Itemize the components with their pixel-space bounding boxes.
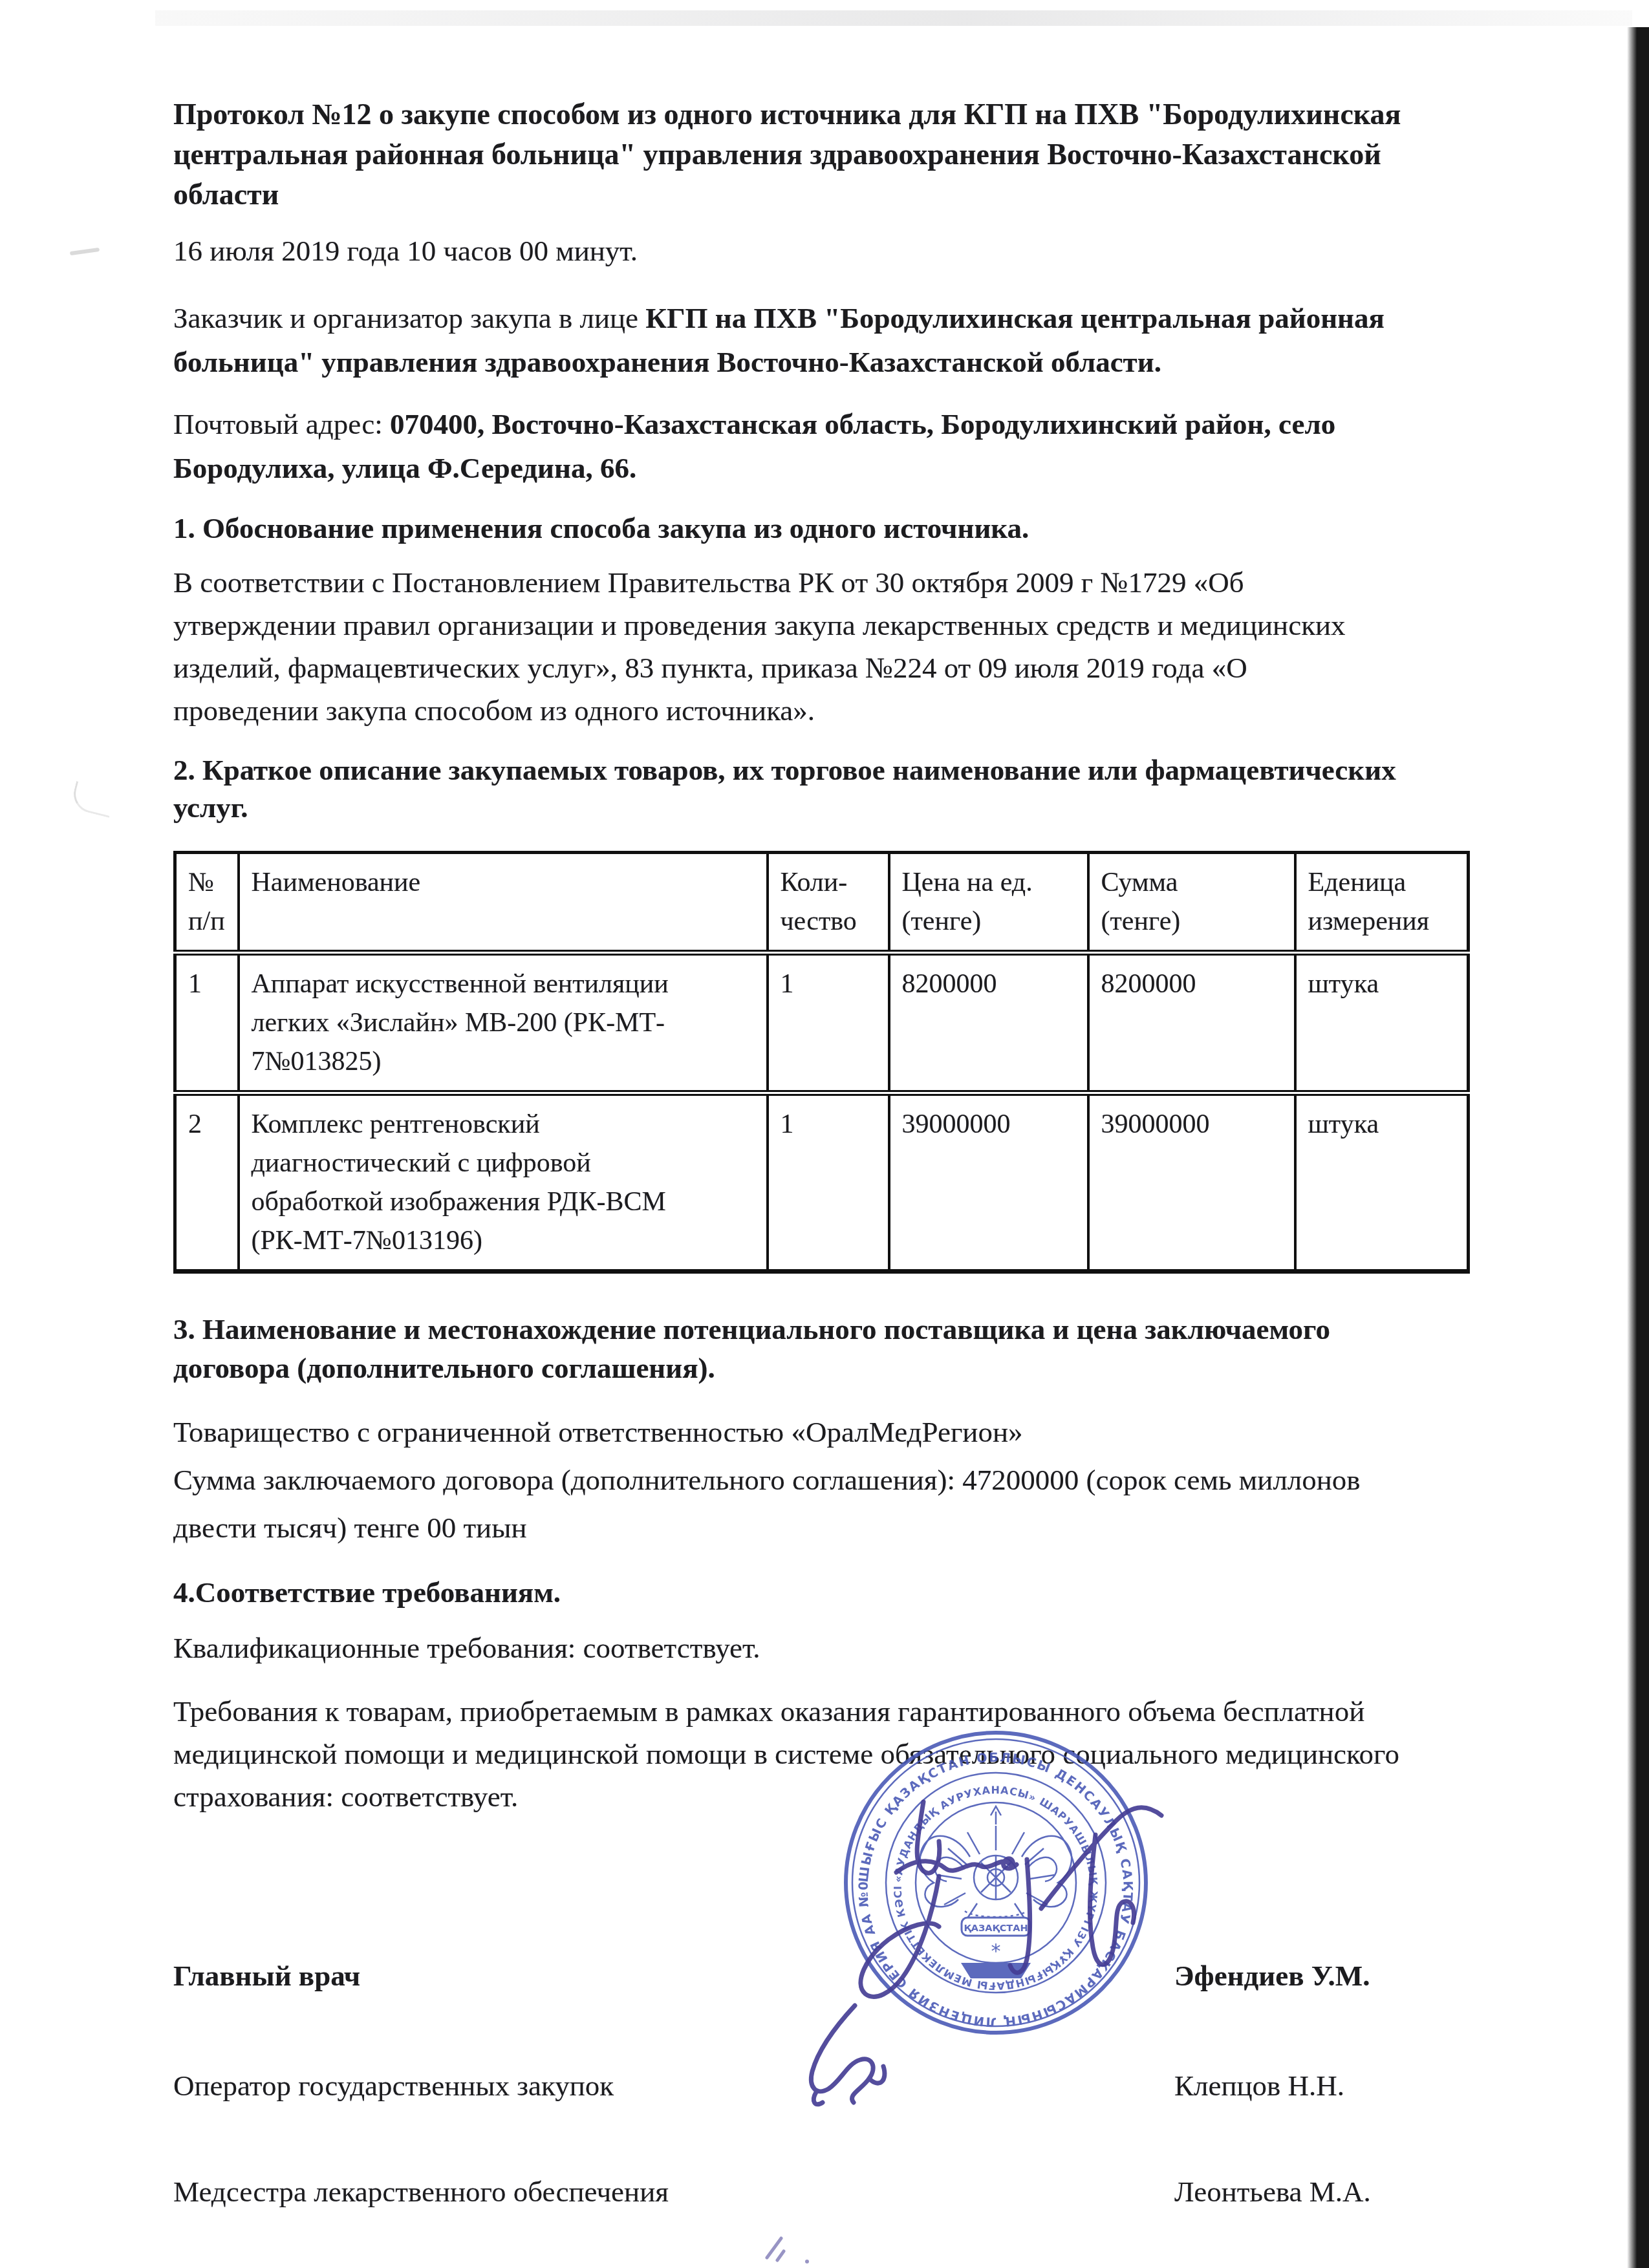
signature-row-procurement-operator: Оператор государственных закупок Клепцов… bbox=[173, 2069, 1500, 2106]
section-4-heading: 4.Соответствие требованиям. bbox=[173, 1575, 1500, 1610]
round-stamp-seal: ШЫҒЫС ҚАЗАҚСТАН ОБЛЫСЫ ДЕНСАУЛЫҚ САҚТАУ … bbox=[830, 1717, 1161, 2048]
item-num: 1 bbox=[175, 953, 239, 1093]
customer-paragraph: Заказчик и организатор закупа в лице КГП… bbox=[173, 296, 1500, 384]
section-3-heading: 3. Наименование и местонахождение потенц… bbox=[173, 1310, 1500, 1387]
ink-speck-artifact bbox=[767, 2238, 809, 2263]
col-header-unit: Еденица измерения bbox=[1295, 853, 1469, 953]
signer-name: Эфендиев У.М. bbox=[1174, 1959, 1370, 1993]
document-title: Протокол №12 о закупе способом из одного… bbox=[173, 94, 1500, 215]
date-time-line: 16 июля 2019 года 10 часов 00 минут. bbox=[173, 234, 1500, 268]
col-header-sum: Сумма (тенге) bbox=[1088, 853, 1295, 953]
signer-name: Клепцов Н.Н. bbox=[1174, 2069, 1344, 2102]
ornament-column-icon bbox=[991, 1806, 1001, 1824]
signer-role: Главный врач bbox=[173, 1959, 360, 1993]
col-header-unit-price: Цена на ед. (тенге) bbox=[889, 853, 1088, 953]
item-num: 2 bbox=[175, 1093, 239, 1272]
address-prefix: Почтовый адрес: bbox=[173, 408, 390, 440]
scan-edge-shadow bbox=[1627, 27, 1649, 2268]
section-1-body: В соответствии с Постановлением Правител… bbox=[173, 561, 1500, 732]
emblem-banner: ҚАЗАҚСТАН bbox=[962, 1918, 1030, 1936]
item-unit-price: 39000000 bbox=[889, 1093, 1088, 1272]
col-header-qty: Коли- чество bbox=[768, 853, 889, 953]
signer-role: Оператор государственных закупок bbox=[173, 2069, 614, 2102]
kazakhstan-emblem: ҚАЗАҚСТАН * bbox=[920, 1806, 1072, 1978]
signer-name: Леонтьева М.А. bbox=[1174, 2175, 1371, 2209]
section-2-heading: 2. Краткое описание закупаемых товаров, … bbox=[173, 751, 1500, 826]
item-name: Комплекс рентгеновский диагностический с… bbox=[239, 1093, 768, 1272]
col-header-name: Наименование bbox=[239, 853, 768, 953]
table-row: 1 Аппарат искусственной вентиляции легки… bbox=[175, 953, 1469, 1093]
table-header-row: № п/п Наименование Коли- чество Цена на … bbox=[175, 853, 1469, 953]
item-sum: 39000000 bbox=[1088, 1093, 1295, 1272]
item-sum: 8200000 bbox=[1088, 953, 1295, 1093]
stamp-base-bar bbox=[961, 1963, 1031, 1978]
star-icon: * bbox=[991, 1940, 1001, 1963]
table-row: 2 Комплекс рентгеновский диагностический… bbox=[175, 1093, 1469, 1272]
qualification-line: Квалификационные требования: соответству… bbox=[173, 1631, 1500, 1665]
scanner-streak-artifact bbox=[155, 10, 1632, 26]
item-unit: штука bbox=[1295, 953, 1469, 1093]
signature-row-nurse: Медсестра лекарственного обеспечения Лео… bbox=[173, 2175, 1500, 2212]
procurement-items-table: № п/п Наименование Коли- чество Цена на … bbox=[173, 851, 1470, 1274]
col-header-num: № п/п bbox=[175, 853, 239, 953]
stamp-center-label: ҚАЗАҚСТАН bbox=[964, 1923, 1028, 1934]
item-unit: штука bbox=[1295, 1093, 1469, 1272]
section-1-heading: 1. Обоснование применения способа закупа… bbox=[173, 511, 1500, 546]
item-qty: 1 bbox=[768, 1093, 889, 1272]
postal-address-paragraph: Почтовый адрес: 070400, Восточно-Казахст… bbox=[173, 402, 1500, 490]
shanyrak-icon bbox=[974, 1856, 1018, 1899]
signer-role: Медсестра лекарственного обеспечения bbox=[173, 2175, 669, 2209]
item-qty: 1 bbox=[768, 953, 889, 1093]
section-3-body: Товарищество с ограниченной ответственно… bbox=[173, 1408, 1500, 1552]
scanned-document-page: Протокол №12 о закупе способом из одного… bbox=[0, 0, 1649, 2268]
item-name: Аппарат искусственной вентиляции легких … bbox=[239, 953, 768, 1093]
document-content: Протокол №12 о закупе способом из одного… bbox=[0, 0, 1649, 2212]
customer-prefix: Заказчик и организатор закупа в лице bbox=[173, 302, 645, 334]
item-unit-price: 8200000 bbox=[889, 953, 1088, 1093]
